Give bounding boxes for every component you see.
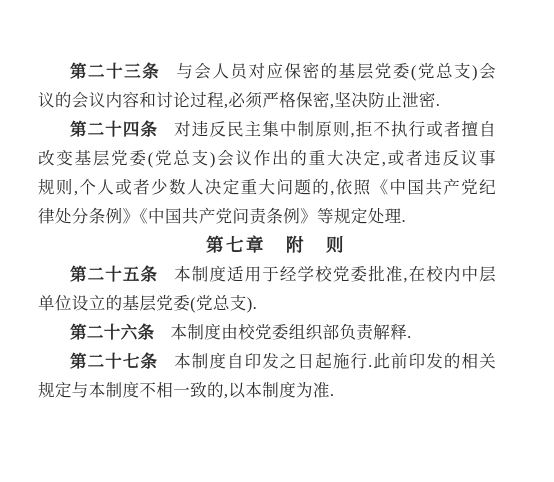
- article-27-line-1: 第二十七条本制度自印发之日起施行.此前印发的相关: [38, 347, 496, 376]
- article-24-line-2: 改变基层党委(党总支)会议作出的重大决定,或者违反议事: [38, 144, 496, 173]
- article-23-text-1: 与会人员对应保密的基层党委(党总支)会: [176, 62, 496, 81]
- article-25-number: 第二十五条: [70, 265, 158, 284]
- article-27-line-2: 规定与本制度不相一致的,以本制度为准.: [38, 376, 496, 405]
- article-23-line-1: 第二十三条与会人员对应保密的基层党委(党总支)会: [38, 57, 496, 86]
- article-23-line-2: 议的会议内容和讨论过程,必须严格保密,坚决防止泄密.: [38, 86, 496, 115]
- document-text-block: 第二十三条与会人员对应保密的基层党委(党总支)会 议的会议内容和讨论过程,必须严…: [38, 57, 496, 405]
- article-26-text-1: 本制度由校党委组织部负责解释.: [171, 323, 412, 342]
- article-24-line-3: 规则,个人或者少数人决定重大问题的,依照《中国共产党纪: [38, 173, 496, 202]
- article-27-number: 第二十七条: [70, 352, 158, 371]
- article-24-number: 第二十四条: [70, 120, 158, 139]
- article-24-line-1: 第二十四条对违反民主集中制原则,拒不执行或者擅自: [38, 115, 496, 144]
- chapter-7-heading: 第七章 附 则: [38, 231, 496, 260]
- article-27-text-1: 本制度自印发之日起施行.此前印发的相关: [174, 352, 496, 371]
- article-26-number: 第二十六条: [70, 323, 155, 342]
- article-25-text-1: 本制度适用于经学校党委批准,在校内中层: [174, 265, 496, 284]
- article-24-line-4: 律处分条例》《中国共产党问责条例》等规定处理.: [38, 202, 496, 231]
- article-26-line-1: 第二十六条本制度由校党委组织部负责解释.: [38, 318, 496, 347]
- article-25-line-1: 第二十五条本制度适用于经学校党委批准,在校内中层: [38, 260, 496, 289]
- document-page: 第二十三条与会人员对应保密的基层党委(党总支)会 议的会议内容和讨论过程,必须严…: [0, 0, 554, 482]
- article-23-number: 第二十三条: [70, 62, 160, 81]
- article-24-text-1: 对违反民主集中制原则,拒不执行或者擅自: [174, 120, 496, 139]
- article-25-line-2: 单位设立的基层党委(党总支).: [38, 289, 496, 318]
